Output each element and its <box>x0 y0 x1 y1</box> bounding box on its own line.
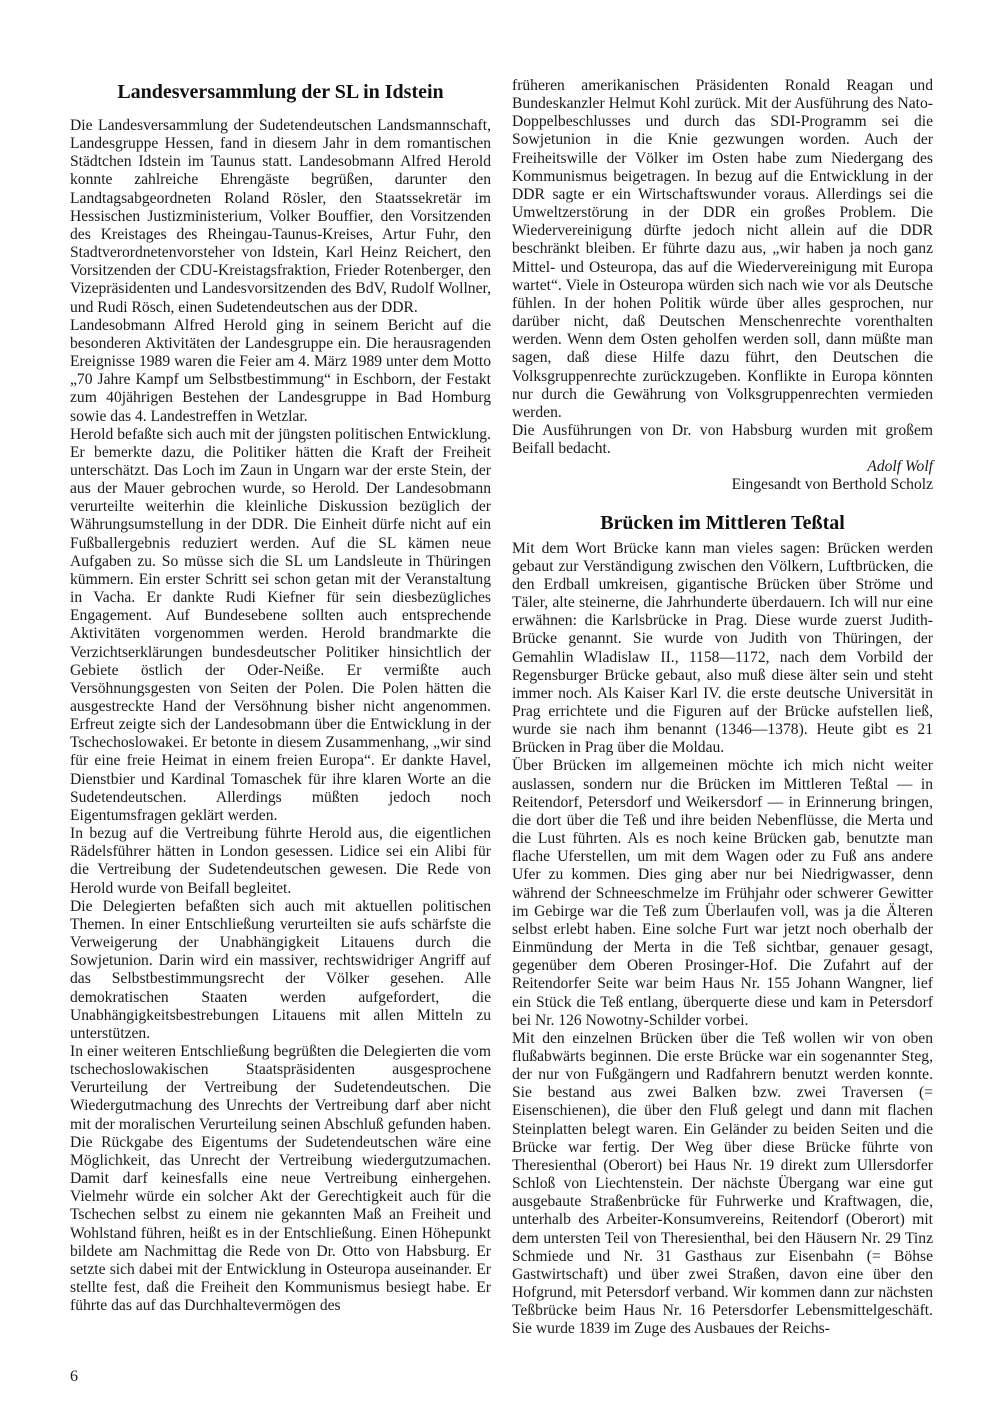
paragraph: Über Brücken im allgemeinen möchte ich m… <box>512 757 933 1029</box>
paragraph: Landesobmann Alfred Herold ging in seine… <box>70 317 491 426</box>
paragraph: Die Delegierten befaßten sich auch mit a… <box>70 898 491 1043</box>
paragraph: Mit dem Wort Brücke kann man vieles sage… <box>512 540 933 758</box>
paragraph-continuation: früheren amerikanischen Präsidenten Rona… <box>512 77 933 422</box>
left-column: Landesversammlung der SL in Idstein Die … <box>70 80 491 1315</box>
page-number: 6 <box>70 1368 78 1386</box>
paragraph: In einer weiteren Entschließung begrüßte… <box>70 1043 491 1315</box>
paragraph: Herold befaßte sich auch mit der jüngste… <box>70 426 491 825</box>
article-title-bruecken: Brücken im Mittleren Teßtal <box>512 511 933 535</box>
paragraph: In bezug auf die Vertreibung führte Hero… <box>70 825 491 898</box>
paragraph: Die Landesversammlung der Sudetendeutsch… <box>70 117 491 317</box>
paragraph: Mit den einzelnen Brücken über die Teß w… <box>512 1030 933 1339</box>
right-column: früheren amerikanischen Präsidenten Rona… <box>512 77 933 1338</box>
closing-text: Die Ausführungen von Dr. von Habsburg wu… <box>512 422 933 458</box>
closing-row: Die Ausführungen von Dr. von Habsburg wu… <box>512 422 933 458</box>
author-name: Adolf Wolf <box>867 458 933 476</box>
article-title-landesversammlung: Landesversammlung der SL in Idstein <box>70 80 491 104</box>
submitted-by: Eingesandt von Berthold Scholz <box>512 476 933 494</box>
author-row: Adolf Wolf <box>512 458 933 476</box>
